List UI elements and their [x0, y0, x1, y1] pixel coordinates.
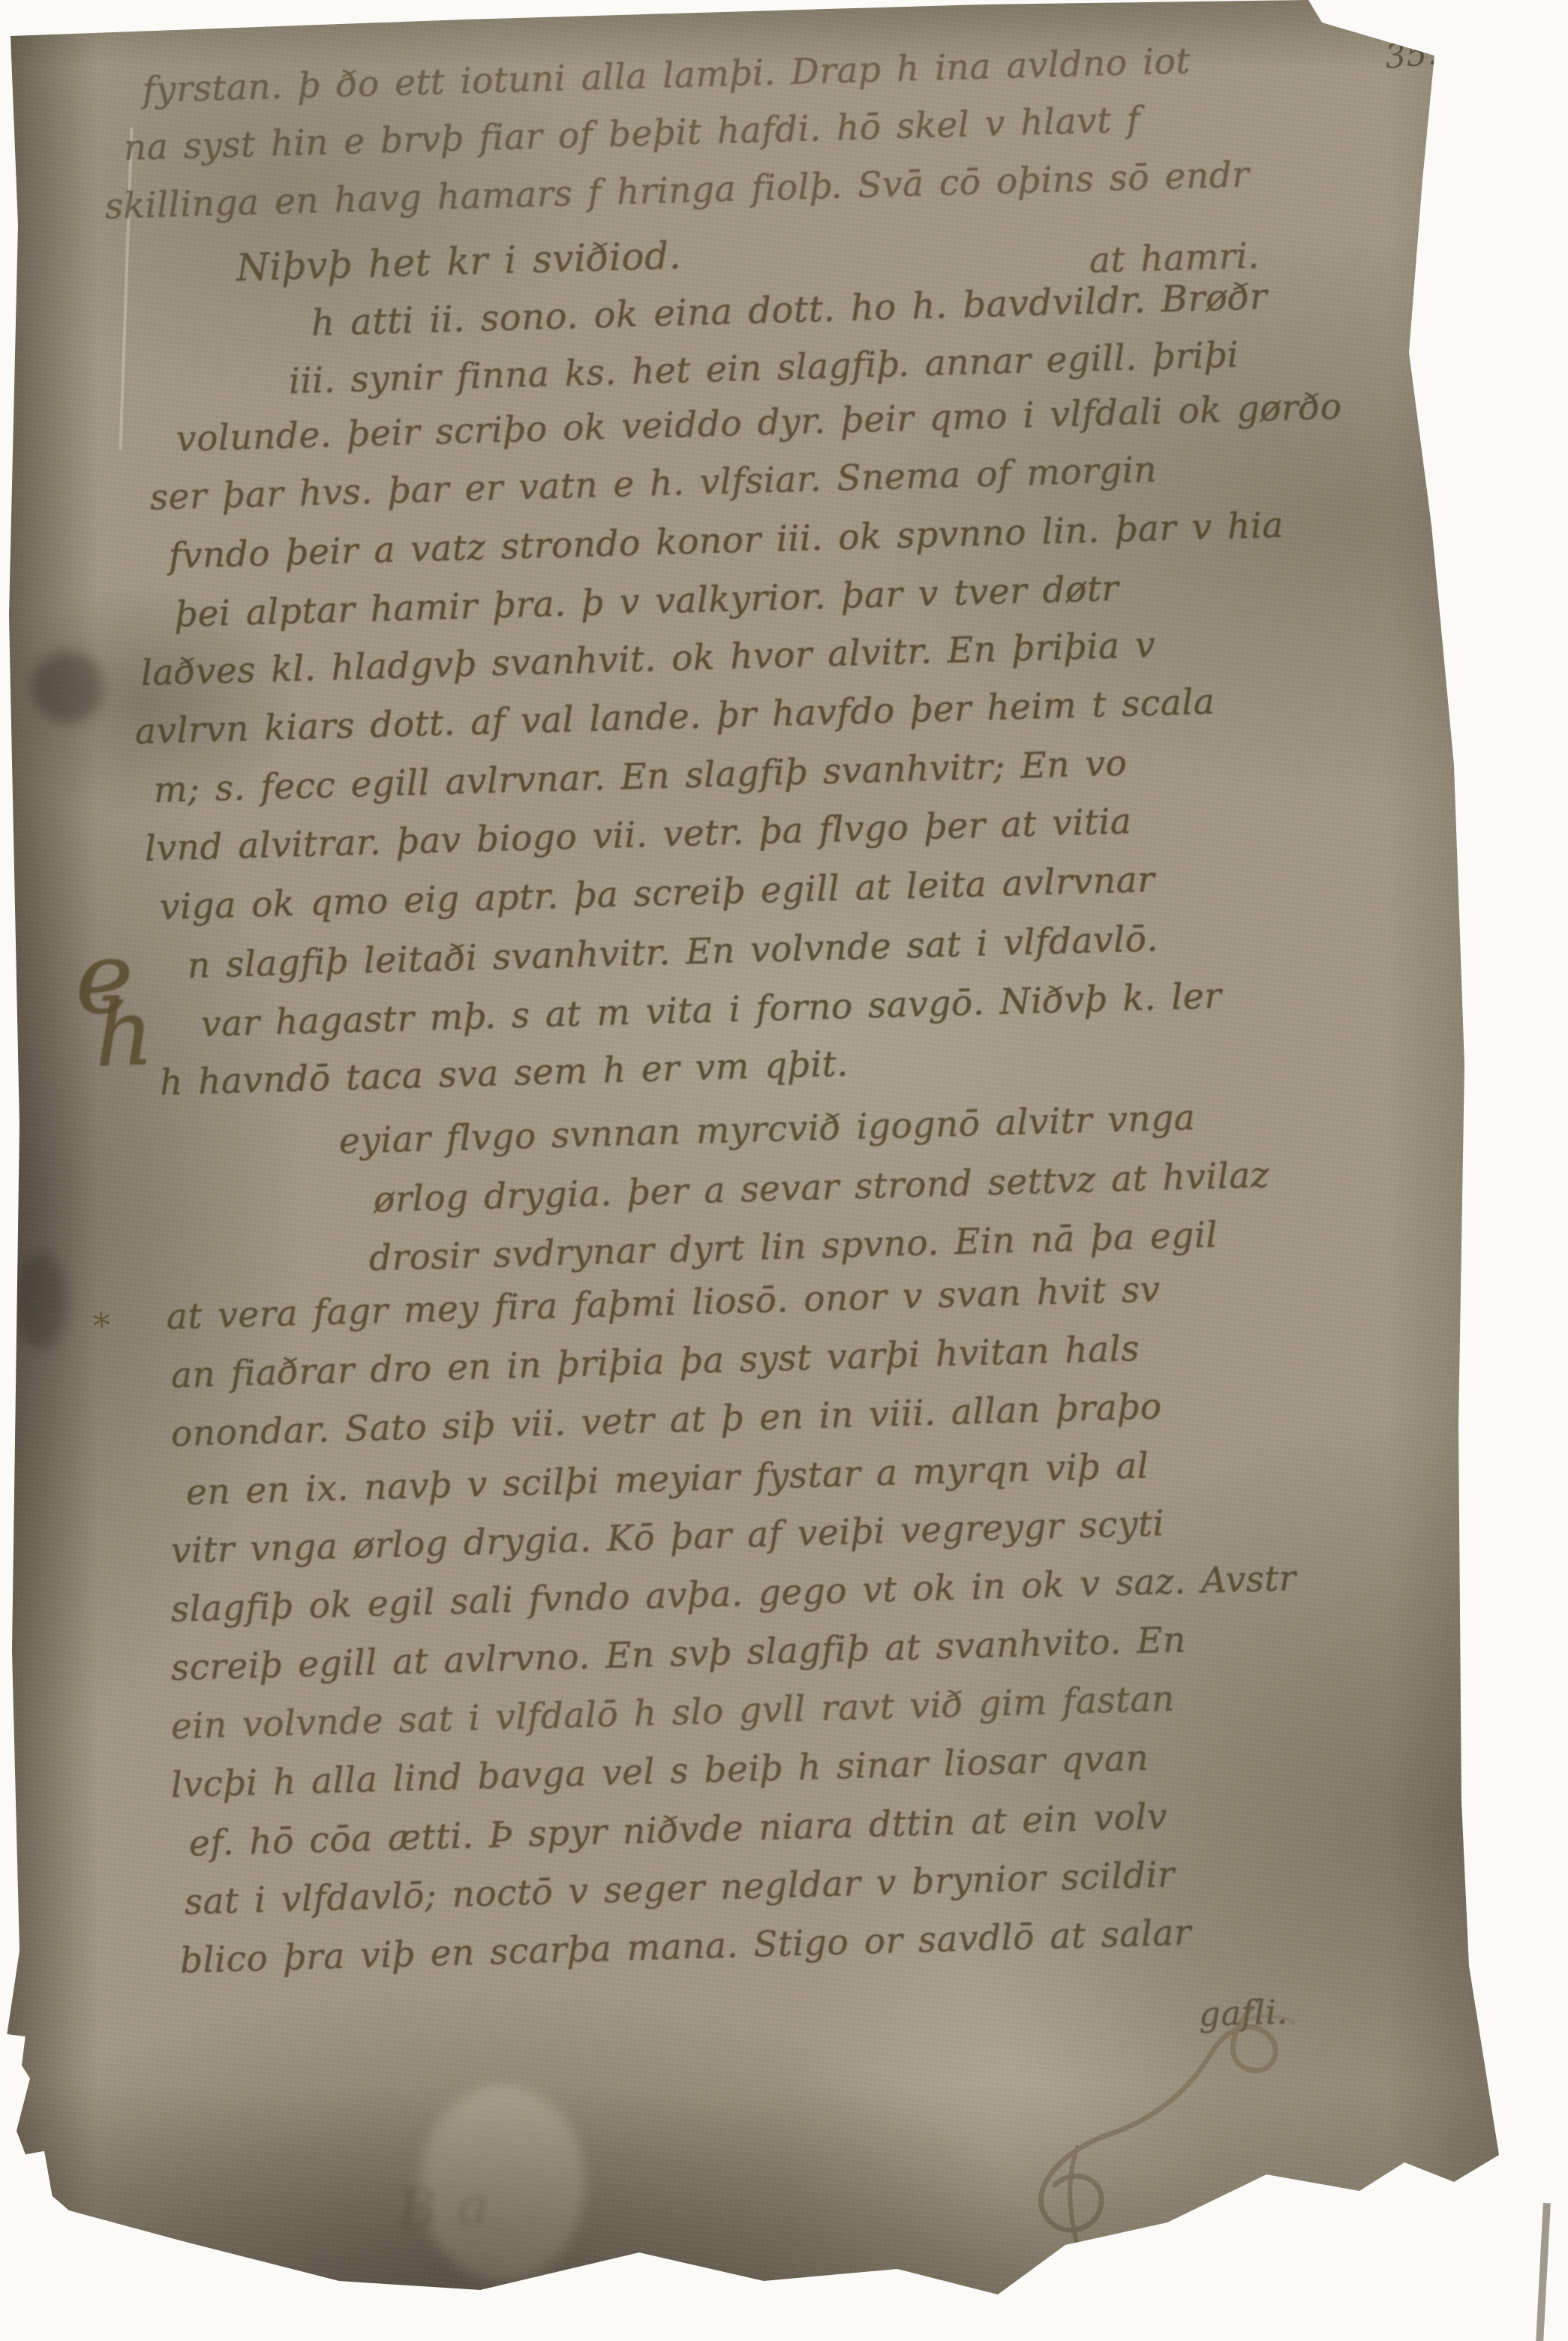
edge-shading	[0, 0, 1568, 2341]
parchment-page: 35. fyrstan. þ ðo ett iotuni alla lamþi.…	[0, 0, 1568, 2341]
photo-edge-mark	[1536, 2203, 1551, 2341]
margin-note-vertical: Valundar	[1459, 267, 1527, 449]
manuscript-photograph: 35. fyrstan. þ ðo ett iotuni alla lamþi.…	[0, 0, 1568, 2341]
torn-edge-white	[0, 2034, 26, 2108]
